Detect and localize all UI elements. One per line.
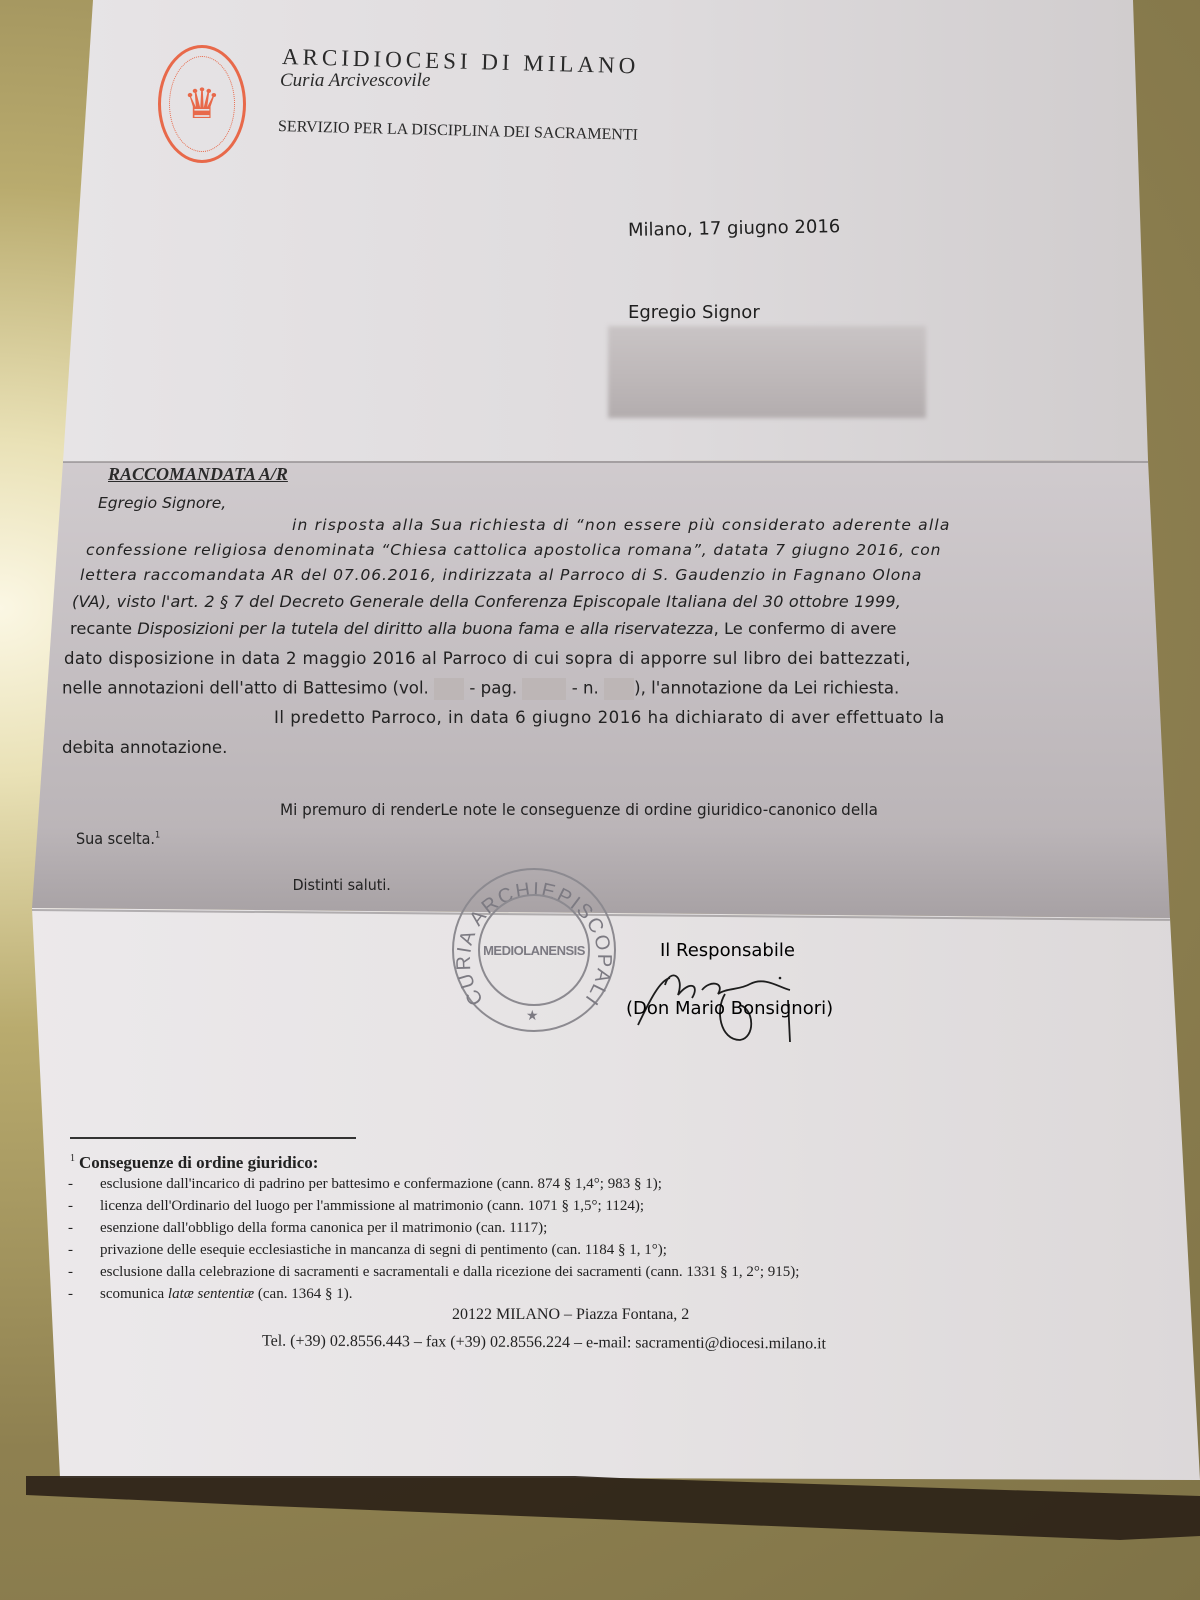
signer-role: Il Responsabile (660, 940, 795, 961)
closing: Distinti saluti. (293, 876, 391, 894)
diocesan-seal-icon: ♛ (158, 45, 246, 163)
body-line: recante Disposizioni per la tutela del d… (70, 619, 896, 638)
redacted-page (522, 678, 566, 700)
body-line: Sua scelta.1 (76, 829, 160, 848)
footnote-item: -licenza dell'Ordinario del luogo per l'… (68, 1198, 799, 1220)
institution-subtitle: Curia Arcivescovile (280, 70, 430, 92)
star-icon: ★ (526, 1008, 539, 1024)
footnote-separator (70, 1137, 356, 1139)
redacted-number (604, 678, 634, 700)
footnote-item: -privazione delle esequie ecclesiastiche… (68, 1242, 799, 1264)
seal-figure-icon: ♛ (169, 56, 235, 152)
decree-title: Disposizioni per la tutela del diritto a… (137, 619, 713, 638)
footnote-ref: 1 (155, 831, 160, 841)
official-stamp: CURIA ARCHIEPISCOPALIS MEDIOLANENSIS ★ (452, 868, 616, 1032)
footnote-item: -esclusione dall'incarico di padrino per… (68, 1176, 799, 1198)
signer-name: (Don Mario Bonsignori) (626, 998, 833, 1019)
footnote-title: 1Conseguenze di ordine giuridico: (70, 1153, 318, 1173)
footer-address: 20122 MILANO – Piazza Fontana, 2 (452, 1306, 689, 1324)
letter-date: Milano, 17 giugno 2016 (628, 216, 841, 241)
body-line: confessione religiosa denominata “Chiesa… (86, 541, 941, 559)
redacted-volume (434, 678, 464, 700)
body-line: in risposta alla Sua richiesta di “non e… (292, 516, 951, 534)
body-line: nelle annotazioni dell'atto di Battesimo… (62, 678, 899, 700)
footnote-list: -esclusione dall'incarico di padrino per… (68, 1176, 799, 1308)
body-line: lettera raccomandata AR del 07.06.2016, … (80, 566, 922, 584)
stamp-center: MEDIOLANENSIS (478, 894, 590, 1006)
body-line: Il predetto Parroco, in data 6 giugno 20… (274, 708, 945, 727)
addressee-salutation: Egregio Signor (628, 302, 760, 323)
redacted-addressee (608, 326, 926, 418)
footer-contacts: Tel. (+39) 02.8556.443 – fax (+39) 02.85… (262, 1333, 826, 1354)
footnote-item: -esclusione dalla celebrazione di sacram… (68, 1264, 799, 1286)
delivery-type: RACCOMANDATA A/R (108, 464, 288, 485)
body-line: (VA), visto l'art. 2 § 7 del Decreto Gen… (72, 592, 901, 611)
footnote-item: -scomunica latæ sententiæ (can. 1364 § 1… (68, 1286, 799, 1308)
fold-line (63, 461, 1148, 463)
body-line: debita annotazione. (62, 738, 227, 757)
body-line: Mi premuro di renderLe note le conseguen… (280, 800, 878, 819)
footnote-item: -esenzione dall'obbligo della forma cano… (68, 1220, 799, 1242)
body-line: dato disposizione in data 2 maggio 2016 … (64, 649, 911, 668)
greeting: Egregio Signore, (98, 494, 226, 512)
